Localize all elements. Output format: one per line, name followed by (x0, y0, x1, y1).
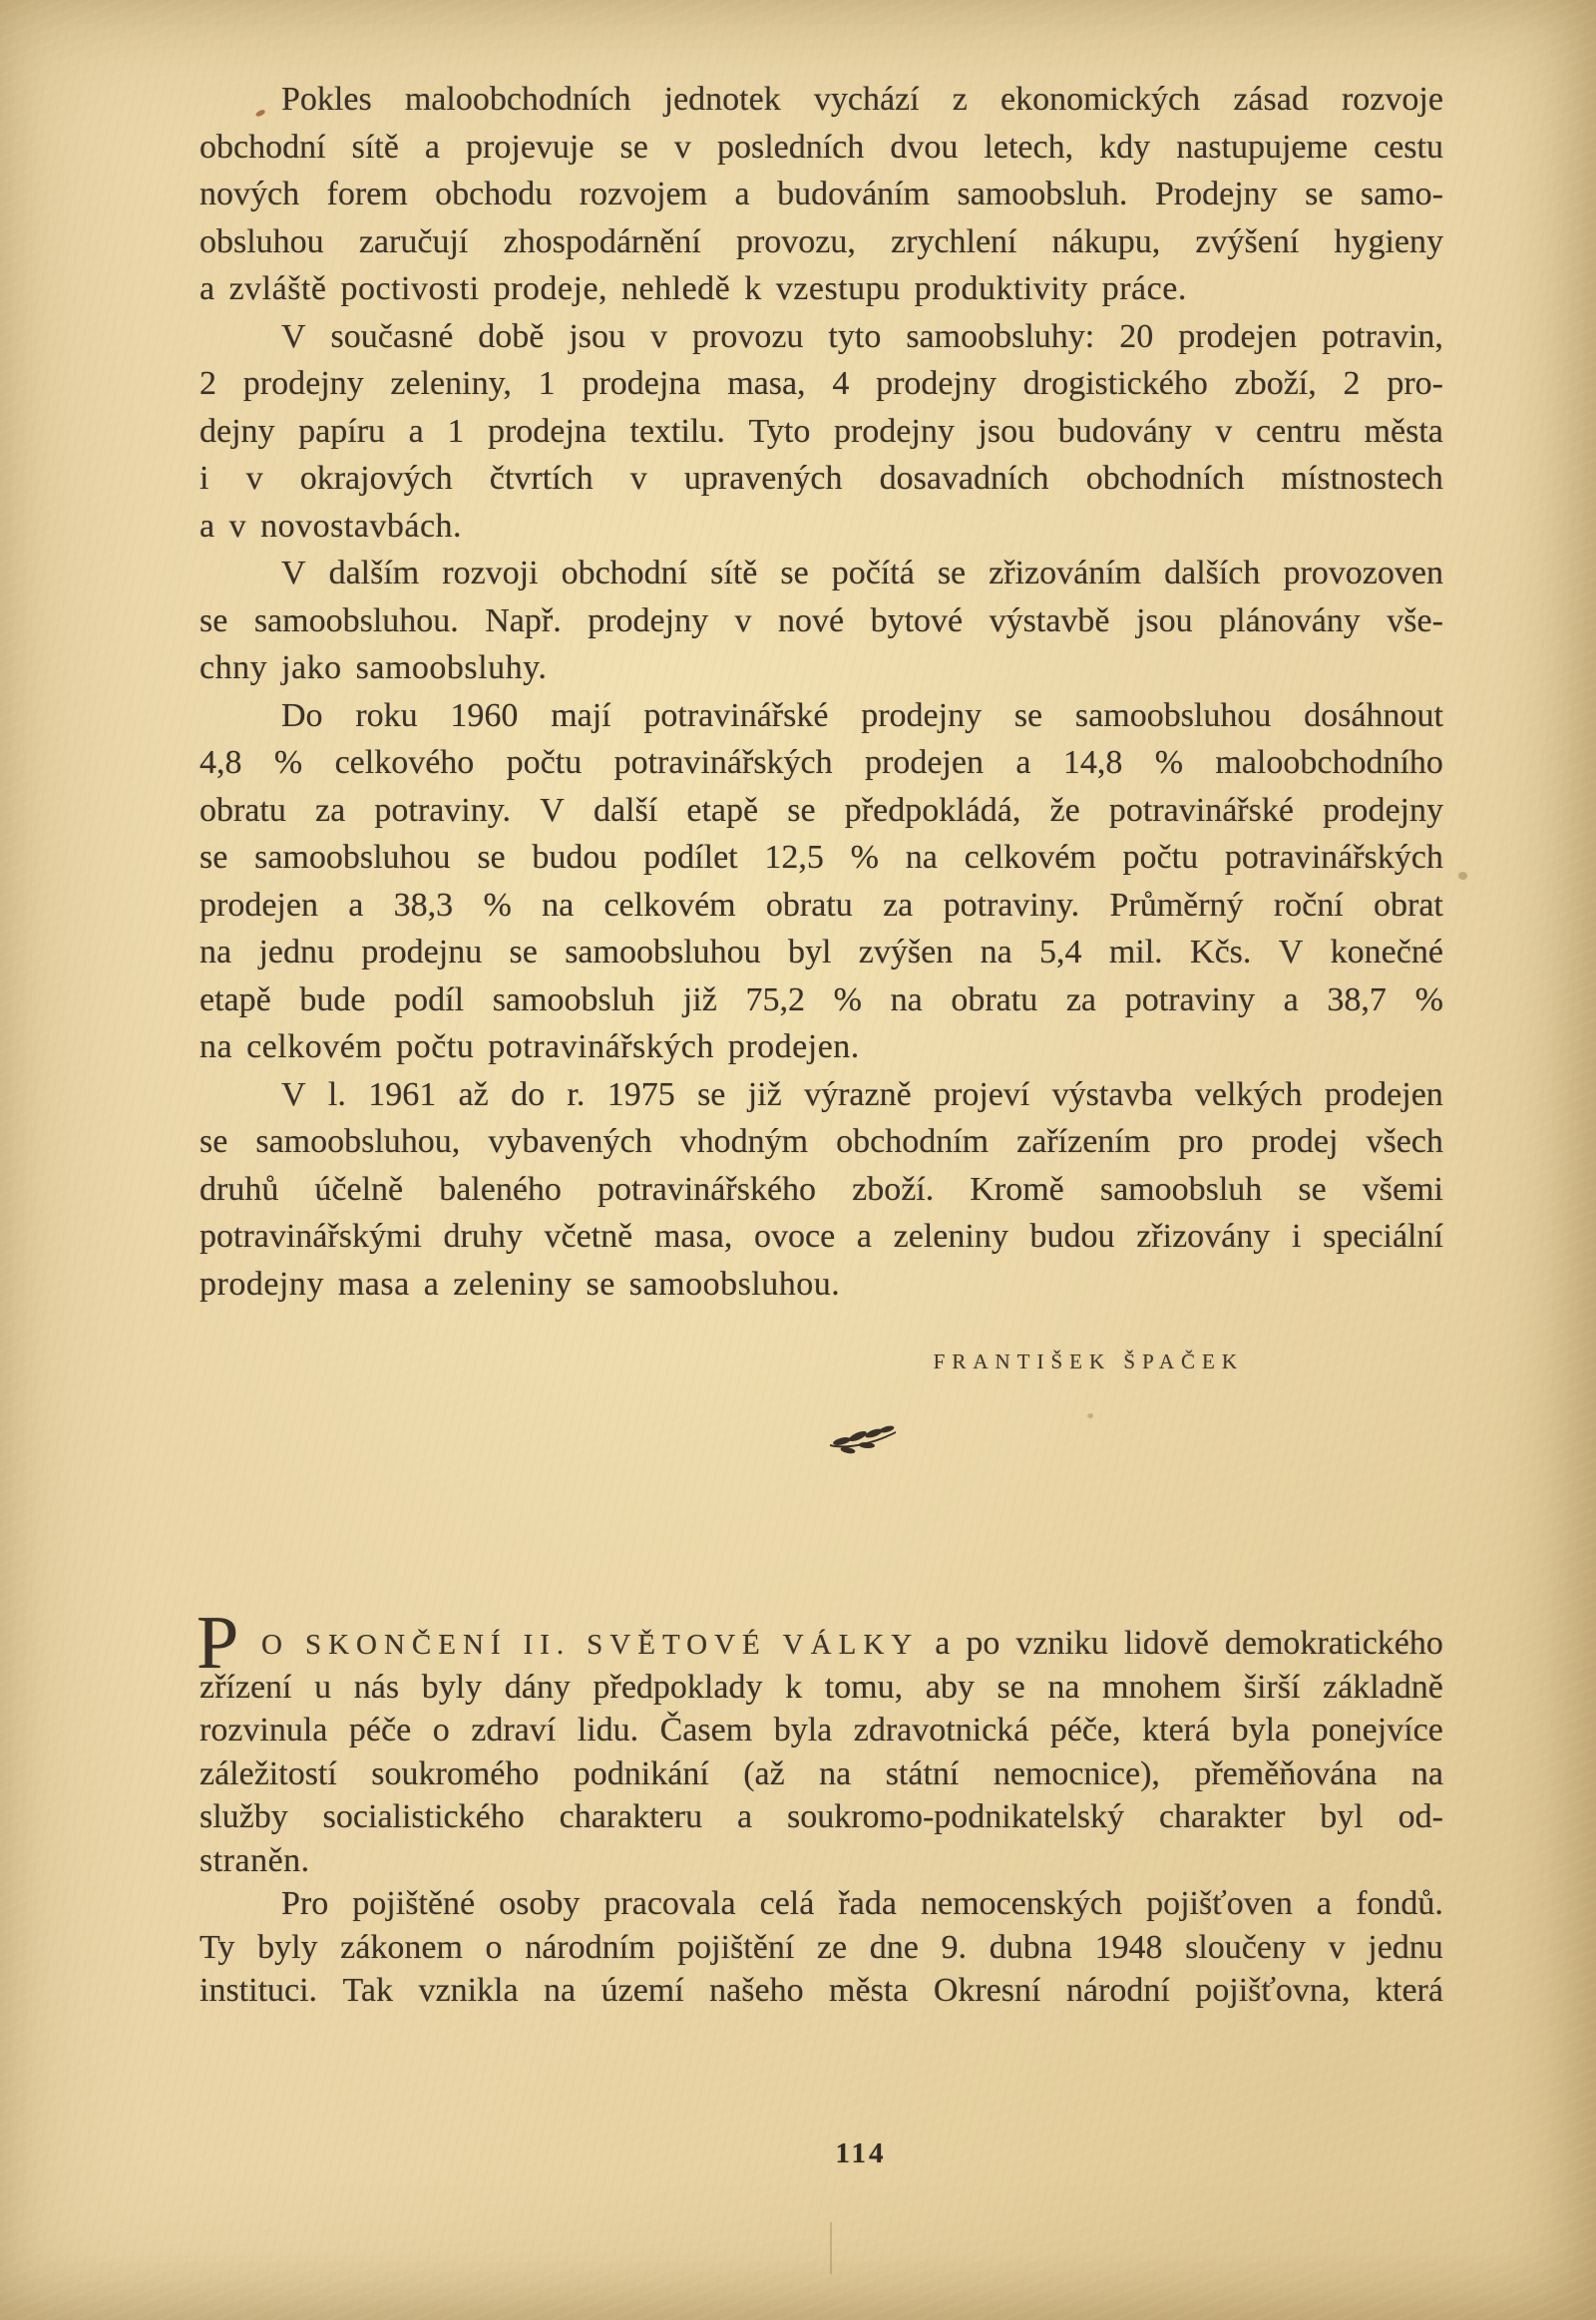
word: obchodním (836, 1118, 989, 1166)
word: drogistického (1023, 360, 1208, 408)
word: charakter (1159, 1795, 1285, 1839)
word: kdy (1099, 124, 1150, 172)
word: pojišťovna, (1195, 1969, 1350, 2013)
word: předpokládá, (845, 787, 1021, 835)
word: etapě (199, 976, 271, 1024)
word: celkovém (965, 834, 1096, 882)
word: obchodu (435, 171, 552, 218)
word: jsou (569, 313, 625, 361)
word: pojištění (677, 1926, 794, 1970)
book-page: Poklesmaloobchodníchjednotekvycházízekon… (0, 0, 1596, 2320)
word: době (478, 313, 544, 361)
word: zhospodárnění (504, 218, 701, 266)
word: za (883, 882, 913, 930)
word: až (459, 1071, 489, 1119)
word: upravených (684, 455, 843, 503)
section-retail-text: Poklesmaloobchodníchjednotekvycházízekon… (199, 76, 1443, 1308)
word: 1961 (368, 1071, 436, 1119)
word: zvýšení (1195, 218, 1299, 266)
word: % (483, 882, 511, 930)
text-line: službysocialistickéhocharakteruasoukromo… (199, 1795, 1443, 1839)
author-byline: FRANTIŠEK ŠPAČEK (0, 1348, 1244, 1375)
word: pojišťoven (1146, 1882, 1293, 1926)
word: sítě (352, 124, 399, 172)
word: potraviny. (944, 882, 1080, 930)
text-line: obsluhouzaručujízhospodárněníprovozu,zry… (199, 218, 1443, 266)
word: celá (760, 1882, 815, 1926)
word: celkovém (603, 882, 735, 930)
word: ze (817, 1926, 847, 1970)
word: roku (355, 692, 417, 740)
word: cestu (1374, 124, 1443, 172)
word: byly (257, 1926, 317, 1970)
word: Do (281, 692, 323, 740)
text-line: na celkovém počtu potravinářských prodej… (199, 1023, 1443, 1071)
word: v (650, 313, 667, 361)
word: % (274, 739, 302, 787)
word: instituci. (199, 1969, 317, 2013)
word: samoobsluhou. (254, 597, 459, 645)
word: zásad (1233, 76, 1309, 124)
text-line: ivokrajovýchčtvrtíchvupravenýchdosavadní… (199, 455, 1443, 503)
word: po (966, 1622, 999, 1666)
word: rozvoji (442, 550, 538, 597)
word: všech (1366, 1118, 1442, 1166)
word: pojištěné (352, 1882, 475, 1926)
text-line: a zvláště poctivosti prodeje, nehledě k … (199, 265, 1443, 313)
word: zdraví (471, 1709, 556, 1752)
word: na (906, 834, 938, 882)
word: sítě (710, 550, 757, 597)
word: forem (327, 171, 408, 218)
section-health-text: POSKONČENÍII.SVĚTOVÉVÁLKYapovznikulidově… (199, 1622, 1443, 2013)
word: 4 (832, 360, 849, 408)
word: obratu (766, 882, 853, 930)
word: SVĚTOVÉ (587, 1624, 767, 1668)
text-line: dejnypapírua1prodejnatextilu.Tytoprodejn… (199, 408, 1443, 456)
word: zboží. (852, 1166, 934, 1214)
word: plánovány (1219, 597, 1361, 645)
word: se (620, 124, 648, 172)
word: V (281, 550, 306, 597)
word: dalších (1164, 550, 1260, 597)
word: od- (1398, 1795, 1443, 1839)
word: prodejny (588, 597, 708, 645)
word: o (486, 1926, 503, 1970)
word: potravinářských (1225, 834, 1443, 882)
word: i (1292, 1213, 1301, 1261)
word: samo- (1361, 171, 1443, 218)
word: zeleniny (894, 1213, 1008, 1261)
word: centru (1256, 408, 1341, 456)
word: 5,4 (1039, 929, 1082, 976)
word: prodejny (1323, 787, 1443, 835)
word: V (540, 787, 565, 835)
word: zákonem (340, 1926, 463, 1970)
word: výrazně (804, 1071, 912, 1119)
word: Pro (281, 1882, 328, 1926)
word: VÁLKY (783, 1624, 920, 1668)
word: % (1415, 976, 1443, 1024)
word: a (735, 171, 750, 218)
word: etapě (686, 787, 758, 835)
word: se (199, 834, 227, 882)
word: se (697, 1071, 725, 1119)
word: v (630, 455, 647, 503)
word: zboží, (1235, 360, 1317, 408)
text-line: zřízeníunásbylydánypředpokladyktomu,abys… (199, 1666, 1443, 1710)
word: Časem (660, 1709, 753, 1752)
word: textilu. (630, 408, 725, 456)
word: zaručují (359, 218, 469, 266)
text-line: potravinářskýmidruhyvčetněmasa,ovoceazel… (199, 1213, 1443, 1261)
word: lidu. (578, 1709, 638, 1752)
word: samoobsluhou (565, 929, 760, 976)
word: potraviny. (374, 787, 511, 835)
word: rozvinula (199, 1709, 327, 1752)
word: účelně (314, 1166, 403, 1214)
word: současné (331, 313, 454, 361)
word: budou (532, 834, 616, 882)
word: obchodní (562, 550, 688, 597)
text-line: prodejena38,3%nacelkovémobratuzapotravin… (199, 882, 1443, 930)
word: samoobsluh (1100, 1166, 1262, 1214)
word: prodej (1252, 1118, 1339, 1166)
word: projevuje (466, 124, 594, 172)
word: O (261, 1624, 289, 1668)
word: se (1298, 1166, 1326, 1214)
word: 75,2 (745, 976, 805, 1024)
word: prodejny (876, 360, 997, 408)
word: pro- (1387, 360, 1443, 408)
word: dne (870, 1926, 919, 1970)
word: výstavba (1052, 1071, 1173, 1119)
text-line: najednuprodejnusesamoobsluhoubylzvýšenna… (199, 929, 1443, 976)
word: potraviny (1125, 976, 1255, 1024)
word: jednu (258, 929, 334, 976)
word: v (1329, 1926, 1346, 1970)
word: přeměňována (1194, 1752, 1377, 1796)
word: druhy (444, 1213, 523, 1261)
word: záležitostí (199, 1752, 337, 1796)
word: 2 (1344, 360, 1361, 408)
word: u (314, 1666, 331, 1710)
word: dvou (890, 124, 958, 172)
word: místnostech (1281, 455, 1442, 503)
word: zřizováním (989, 550, 1141, 597)
word: 4,8 (199, 739, 242, 787)
word: Pokles (281, 76, 372, 124)
word: budou (1030, 1213, 1115, 1261)
word: obratu (951, 976, 1037, 1024)
text-line: 2prodejnyzeleniny,1prodejnamasa,4prodejn… (199, 360, 1443, 408)
section-heading-line: POSKONČENÍII.SVĚTOVÉVÁLKYapovznikulidově… (199, 1622, 1443, 1666)
paper-stain (1087, 1413, 1093, 1418)
word: vše- (1387, 597, 1443, 645)
word: mají (551, 692, 610, 740)
word: samoobsluhou (1075, 692, 1271, 740)
word: všemi (1363, 1166, 1443, 1214)
word: V (281, 1071, 306, 1119)
word: se (780, 550, 808, 597)
word: prodejen (865, 739, 984, 787)
word: ovoce (754, 1213, 835, 1261)
word: aby (926, 1666, 975, 1710)
word: nové (778, 597, 844, 645)
text-line: sesamoobsluhou.Např.prodejnyvnovébytovév… (199, 597, 1443, 645)
word: a (1317, 1882, 1332, 1926)
word: l. (328, 1071, 346, 1119)
word: fondů. (1356, 1882, 1443, 1926)
word: čtvrtích (490, 455, 594, 503)
leaf-ornament-icon (828, 1423, 898, 1460)
word: % (834, 976, 862, 1024)
word: II. (524, 1624, 572, 1668)
word: se (510, 929, 538, 976)
word: širší (1244, 1666, 1301, 1710)
word: byla (1232, 1709, 1291, 1752)
word: se (938, 550, 966, 597)
word: velkých (1195, 1071, 1303, 1119)
word: podnikání (574, 1752, 709, 1796)
word: prodejna (488, 408, 606, 456)
word: 1 (539, 360, 556, 408)
text-line: sesamoobsluhousebudoupodílet12,5%nacelko… (199, 834, 1443, 882)
word: a (1284, 976, 1299, 1024)
text-line: obchodnísítěaprojevujesevposledníchdvoul… (199, 124, 1443, 172)
text-line: Propojištěnéosobypracovalacelářadanemoce… (199, 1882, 1443, 1926)
word: speciální (1323, 1213, 1443, 1261)
word: nových (199, 171, 299, 218)
word: SKONČENÍ (305, 1624, 508, 1668)
word: provozu, (736, 218, 856, 266)
text-line: instituci.TakvzniklanaúzemínašehoměstaOk… (199, 1969, 1443, 2013)
word: v (674, 124, 691, 172)
word: samoobsluhou (254, 834, 450, 882)
word: vhodným (680, 1118, 808, 1166)
word: se (477, 834, 505, 882)
word: státní (886, 1752, 960, 1796)
word: jednu (1368, 1926, 1443, 1970)
word: maloobchodního (1215, 739, 1443, 787)
word: již (748, 1071, 782, 1119)
word: bude (299, 976, 365, 1024)
word: 1948 (1094, 1926, 1162, 1970)
word: v (735, 597, 752, 645)
word: péče, (1050, 1709, 1121, 1752)
word: obratu (199, 787, 286, 835)
word: 14,8 (1063, 739, 1123, 787)
word: Ty (199, 1926, 234, 1970)
word: která (1376, 1969, 1443, 2013)
word: demokratického (1225, 1622, 1443, 1666)
word: soukromo-podnikatelský (787, 1795, 1124, 1839)
word: socialistického (323, 1795, 525, 1839)
text-line: novýchforemobchodurozvojemabudovánímsamo… (199, 171, 1443, 218)
word: 20 (1119, 313, 1153, 361)
word: vzniku (1015, 1622, 1108, 1666)
word: masa, (727, 360, 805, 408)
word: druhů (199, 1166, 278, 1214)
word: samoobsluhy: (906, 313, 1094, 361)
word: V (1279, 929, 1304, 976)
word: byl (788, 929, 831, 976)
text-line: druhůúčelněbalenéhopotravinářskéhozboží.… (199, 1166, 1443, 1214)
word: letech, (984, 124, 1073, 172)
word: pro (1178, 1118, 1223, 1166)
word: počítá (832, 550, 915, 597)
word: zvýšen (859, 929, 953, 976)
text-line: Vdalšímrozvojiobchodnísítěsepočításezřiz… (199, 550, 1443, 597)
word: z (953, 76, 968, 124)
word: 1975 (607, 1071, 675, 1119)
word: včetně (545, 1213, 633, 1261)
word: Tyto (749, 408, 811, 456)
word: 1960 (450, 692, 518, 740)
word: 9. (942, 1926, 968, 1970)
word: za (315, 787, 345, 835)
word: zdravotnická (854, 1709, 1029, 1752)
word: podíl (394, 976, 464, 1024)
word: potravinářskými (199, 1213, 422, 1261)
word: potravinářské (1109, 787, 1294, 835)
word: vznikla (419, 1969, 519, 2013)
word: r. (567, 1071, 585, 1119)
word: baleného (439, 1166, 562, 1214)
word: Prodejny (1155, 171, 1278, 218)
word: a (1015, 739, 1030, 787)
text-line: a v novostavbách. (199, 503, 1443, 551)
paper-stain (1458, 872, 1467, 880)
word: jsou (978, 408, 1034, 456)
word: sloučeny (1185, 1926, 1306, 1970)
word: Kčs. (1190, 929, 1251, 976)
word: hygieny (1334, 218, 1443, 266)
word: samoobsluh (493, 976, 654, 1024)
word: našeho (709, 1969, 803, 2013)
word: zřizovány (1136, 1213, 1270, 1261)
word: soukromého (371, 1752, 539, 1796)
word: projeví (934, 1071, 1029, 1119)
word: na (981, 929, 1012, 976)
word: v (246, 455, 263, 503)
word: na (542, 882, 574, 930)
word: na (1047, 1666, 1079, 1710)
word: národní (1066, 1969, 1170, 2013)
word: rozvoje (1342, 76, 1443, 124)
word: byl (1320, 1795, 1363, 1839)
word: se (1014, 692, 1042, 740)
word: řada (838, 1882, 897, 1926)
word: tyto (828, 313, 881, 361)
word: zařízením (1016, 1118, 1150, 1166)
word: zeleniny, (390, 360, 511, 408)
word: 12,5 (764, 834, 824, 882)
text-line: Vl.1961aždor.1975sejižvýrazněprojevívýst… (199, 1071, 1443, 1119)
text-line: rozvinulapéčeozdravílidu.Časembylazdravo… (199, 1709, 1443, 1752)
word: již (683, 976, 717, 1024)
word: samoobsluh. (957, 171, 1127, 218)
word: konečné (1331, 929, 1443, 976)
word: jednotek (664, 76, 781, 124)
word: nákupu, (1052, 218, 1161, 266)
word: služby (199, 1795, 288, 1839)
text-line: záležitostísoukroméhopodnikání(ažnastátn… (199, 1752, 1443, 1796)
word: i (199, 455, 208, 503)
word: že (1050, 787, 1080, 835)
word: ekonomických (1000, 76, 1200, 124)
word: okrajových (300, 455, 453, 503)
word: zřízení (199, 1666, 292, 1710)
word: celkového (335, 739, 475, 787)
word: dubna (990, 1926, 1072, 1970)
word: vychází (814, 76, 920, 124)
word: Průměrný (1109, 882, 1243, 930)
word: prodejny (861, 692, 982, 740)
word: na (1411, 1752, 1443, 1796)
word: nemocnice), (994, 1752, 1160, 1796)
word: posledních (717, 124, 864, 172)
word: potravin, (1322, 313, 1443, 361)
word: zrychlení (891, 218, 1017, 266)
word: předpoklady (594, 1666, 763, 1710)
text-line: Vsoučasnédobějsouvprovozutytosamoobsluhy… (199, 313, 1443, 361)
word: 1 (447, 408, 464, 456)
word: masa, (654, 1213, 732, 1261)
word: další (594, 787, 657, 835)
word: obsluhou (199, 218, 324, 266)
word: dejny (199, 408, 275, 456)
word: potravinářských (614, 739, 833, 787)
word: % (1155, 739, 1183, 787)
text-line: prodejny masa a zeleniny se samoobsluhou… (199, 1261, 1443, 1309)
word: prodejen (199, 882, 318, 930)
text-line: etapěbudepodílsamoobsluhjiž75,2%naobratu… (199, 976, 1443, 1024)
word: prodejny (243, 360, 364, 408)
page-number: 114 (836, 2137, 887, 2170)
word: počtu (507, 739, 583, 787)
text-line: Doroku1960majípotravinářsképrodejnysesam… (199, 692, 1443, 740)
word: dosáhnout (1304, 692, 1443, 740)
word: pracovala (603, 1882, 735, 1926)
word: města (1365, 408, 1443, 456)
word: prodejnu (361, 929, 482, 976)
word: Kromě (970, 1166, 1063, 1214)
word: (až (743, 1752, 785, 1796)
word: se (787, 787, 815, 835)
word: města (829, 1969, 908, 2013)
word: byly (422, 1666, 482, 1710)
word: maloobchodních (405, 76, 631, 124)
text-line: sesamoobsluhou,vybavenýchvhodnýmobchodní… (199, 1118, 1443, 1166)
word: a (857, 1213, 872, 1261)
word: provozu (692, 313, 803, 361)
word: na (891, 976, 923, 1024)
text-line: straněn. (199, 1839, 1443, 1883)
word: a (409, 408, 424, 456)
word: Např. (485, 597, 561, 645)
word: se (997, 1666, 1024, 1710)
word: na (819, 1752, 851, 1796)
word: na (544, 1969, 576, 2013)
word: prodejny (834, 408, 955, 456)
word: Okresní (934, 1969, 1041, 2013)
word: budováním (777, 171, 930, 218)
word: rozvojem (580, 171, 707, 218)
word: dalším (329, 550, 420, 597)
word: Tak (343, 1969, 394, 2013)
text-line: Tybylyzákonemonárodnímpojištěnízedne9.du… (199, 1926, 1443, 1970)
